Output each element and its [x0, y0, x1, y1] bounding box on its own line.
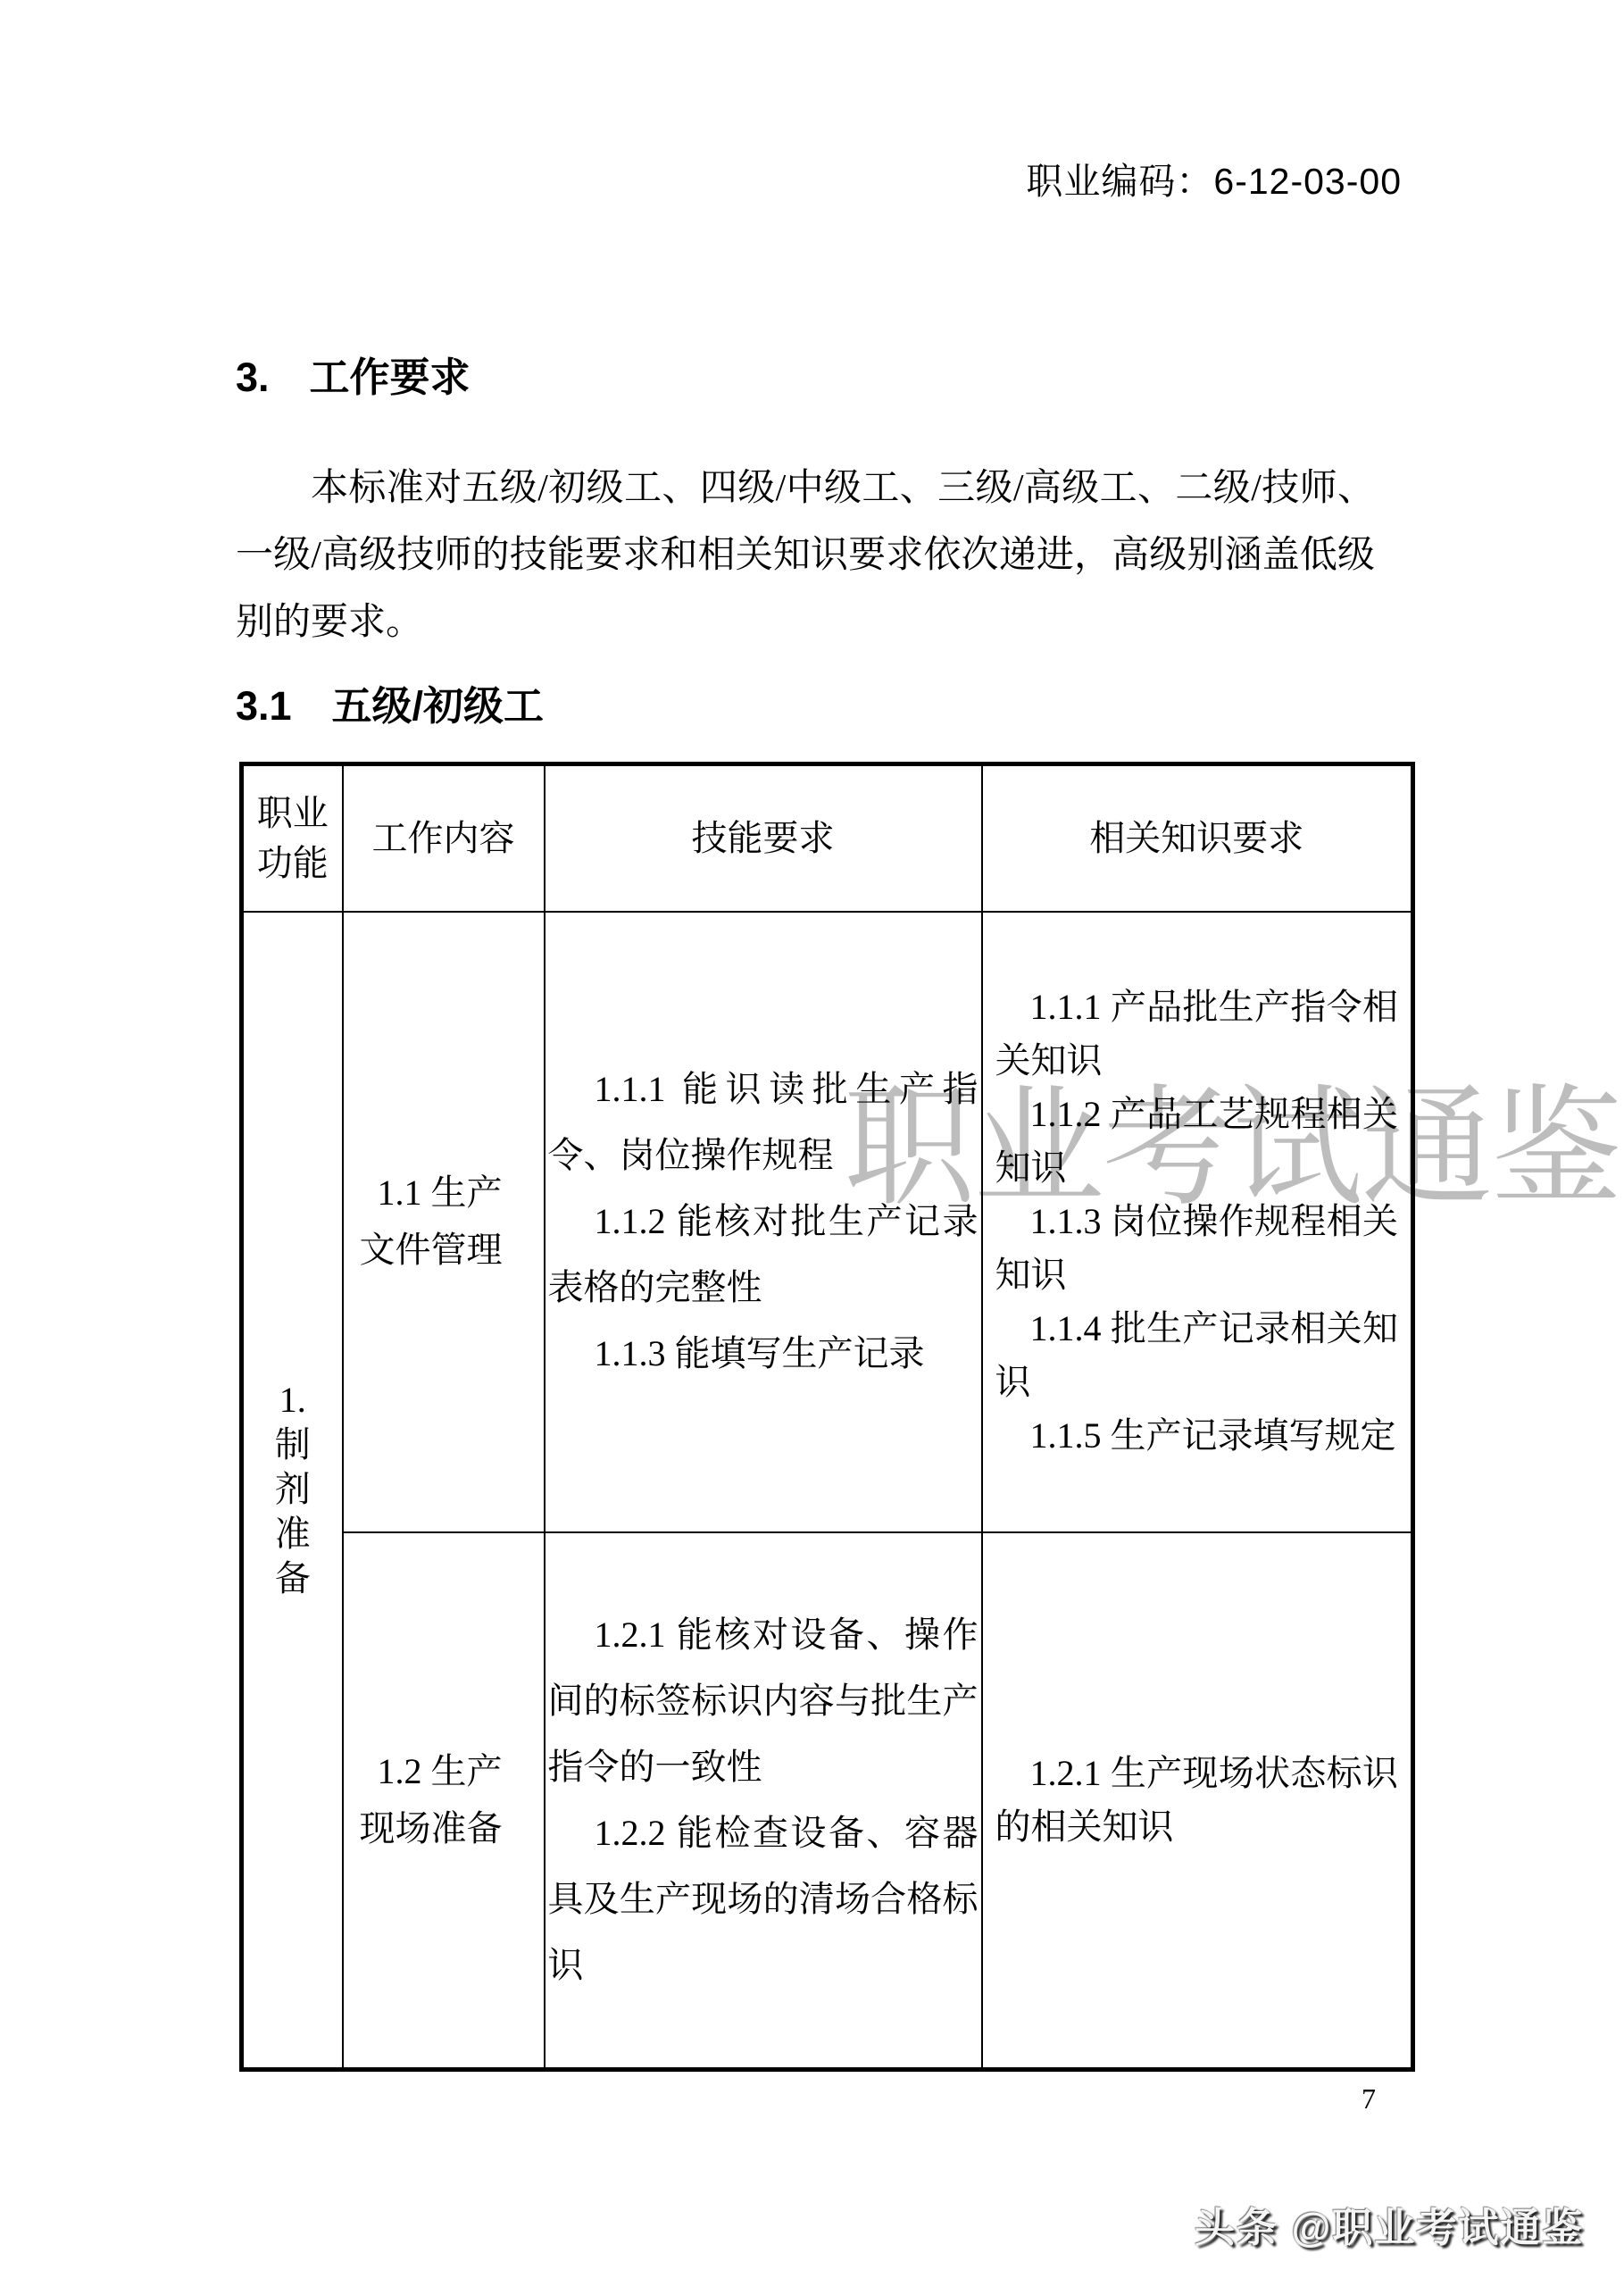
- section-heading: 3. 工作要求: [236, 345, 471, 403]
- requirement-item: 1.1.3 岗位操作规程相关知识: [995, 1195, 1399, 1302]
- page-number: 7: [1342, 2082, 1395, 2115]
- requirement-item: 1.1.2 能核对批生产记录表格的完整性: [548, 1189, 979, 1321]
- cell-knowledge-requirements: 1.2.1 生产现场状态标识的相关知识: [982, 1532, 1413, 2070]
- document-page: 职业考试通鉴 职业编码：6-12-03-00 3. 工作要求 本标准对五级/初级…: [0, 0, 1624, 2278]
- col-header-skill: 技能要求: [545, 764, 982, 912]
- requirement-item: 1.1.3 能填写生产记录: [548, 1321, 979, 1387]
- col-header-knowledge: 相关知识要求: [982, 764, 1413, 912]
- requirement-item: 1.1.1 产品批生产指令相关知识: [995, 980, 1399, 1088]
- cell-work-content: 1.2 生产现场准备: [343, 1532, 545, 2070]
- requirement-item: 1.1.1 能识读批生产指令、岗位操作规程: [548, 1056, 979, 1189]
- cell-skill-requirements: 1.1.1 能识读批生产指令、岗位操作规程 1.1.2 能核对批生产记录表格的完…: [545, 912, 982, 1532]
- requirement-item: 1.2.1 能核对设备、操作间的标签标识内容与批生产指令的一致性: [548, 1602, 979, 1800]
- requirement-item: 1.2.1 生产现场状态标识的相关知识: [995, 1747, 1399, 1854]
- table-row: 1. 制剂准备 1.1 生产文件管理 1.1.1 能识读批生产指令、岗位操作规程…: [242, 912, 1413, 1532]
- col-header-function: 职业功能: [242, 764, 343, 912]
- cell-knowledge-requirements: 1.1.1 产品批生产指令相关知识 1.1.2 产品工艺规程相关知识 1.1.3…: [982, 912, 1413, 1532]
- intro-paragraph: 本标准对五级/初级工、四级/中级工、三级/高级工、二级/技师、一级/高级技师的技…: [236, 455, 1375, 656]
- cell-skill-requirements: 1.2.1 能核对设备、操作间的标签标识内容与批生产指令的一致性 1.2.2 能…: [545, 1532, 982, 2070]
- requirement-item: 1.1.4 批生产记录相关知识: [995, 1302, 1399, 1409]
- cell-work-content: 1.1 生产文件管理: [343, 912, 545, 1532]
- subsection-heading: 3.1 五级/初级工: [236, 673, 544, 731]
- work-content-label: 1.1 生产文件管理: [360, 1164, 528, 1279]
- requirement-item: 1.2.2 能检查设备、容器具及生产现场的清场合格标识: [548, 1800, 979, 1998]
- table-row: 1.2 生产现场准备 1.2.1 能核对设备、操作间的标签标识内容与批生产指令的…: [242, 1532, 1413, 2070]
- occupation-code: 职业编码：6-12-03-00: [982, 152, 1402, 204]
- table-header-row: 职业功能 工作内容 技能要求 相关知识要求: [242, 764, 1413, 912]
- work-content-label: 1.2 生产现场准备: [360, 1743, 528, 1857]
- cell-function-group: 1. 制剂准备: [242, 912, 343, 2070]
- requirement-item: 1.1.2 产品工艺规程相关知识: [995, 1088, 1399, 1195]
- col-header-work-content: 工作内容: [343, 764, 545, 912]
- requirements-table: 职业功能 工作内容 技能要求 相关知识要求 1. 制剂准备 1.1 生产文件管理…: [239, 762, 1415, 2072]
- requirement-item: 1.1.5 生产记录填写规定: [995, 1409, 1399, 1463]
- function-group-label: 1. 制剂准备: [270, 1378, 316, 1601]
- footer-watermark: 头条 @职业考试通鉴: [1195, 2195, 1584, 2253]
